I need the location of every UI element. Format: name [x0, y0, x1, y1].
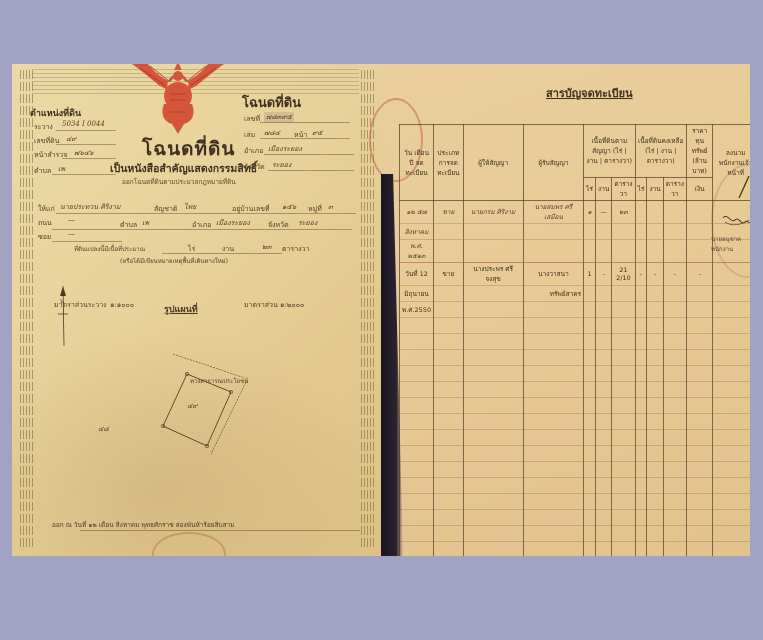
registration-table: วัน เดือน ปี จดทะเบียน ประเภทการจดทะเบีย… [399, 124, 750, 556]
location-field-value: 5034 I 0044 [62, 120, 105, 128]
location-field-label: เลขที่ดิน [34, 136, 59, 147]
province-value: ระยอง [298, 218, 317, 229]
deed-issue-footer: ออก ณ วันที่ ๑๒ เดือน สิงหาคม พุทธศักราช… [52, 520, 235, 530]
sub-column-header: เงิน [686, 178, 712, 201]
sub-column-header: ไร่ [584, 178, 596, 201]
column-header: ผู้รับสัญญา [523, 125, 583, 201]
column-header: ราคาทุนทรัพย์ (ล้านบาท) [686, 125, 712, 178]
area-wa-value: ๒๓ [262, 242, 271, 253]
column-header: ประเภทการจดทะเบียน [434, 125, 463, 201]
scale-left-value: ๑:๑๐๐๐ [110, 300, 134, 311]
table-row: สิงหาคม [400, 224, 751, 240]
column-header: เนื้อที่ดินตามสัญญา (ไร่ | งาน | ตารางวา… [584, 125, 635, 178]
road-value: — [68, 216, 75, 224]
pen-signature-icon [737, 176, 750, 200]
sub-column-header: ตารางวา [612, 178, 635, 201]
table-row: มิถุนายน ทรัพย์สาคร [400, 286, 751, 302]
location-field-label: หน้าสำรวจ [34, 150, 67, 161]
scale-right-label: มาตราส่วน [244, 300, 278, 311]
north-label: น [60, 296, 64, 306]
page-label: หน้า [294, 130, 307, 141]
wa-label: ตารางวา [282, 244, 309, 255]
deed-field-label: จังหวัด [244, 162, 265, 173]
deed-subtitle: เป็นหนังสือสำคัญแสดงกรรมสิทธิ์ [110, 160, 257, 177]
sub-column-header: งาน [647, 178, 663, 201]
table-row: วันที่ 12 ขาย นางประพร ศรีจงสุข นางวาสนา… [400, 263, 751, 286]
area-label: ที่ดินแปลงนี้มีเนื้อที่ประมาณ [74, 244, 145, 254]
soi-value: — [68, 230, 75, 238]
deed-title-right: โฉนดที่ดิน [242, 92, 301, 113]
location-field-label: ระวาง [34, 122, 53, 133]
signature-caption: นายอนุชาตพนักงาน [711, 234, 750, 254]
moo-value: ๓ [328, 202, 333, 213]
garuda-emblem-icon [130, 64, 226, 134]
document-photo: โฉนดที่ดิน ตำแหน่งที่ดิน ระวาง 5034 I 00… [12, 64, 750, 556]
amphoe-value: เมืองระยอง [216, 218, 250, 229]
soi-label: ซอย [38, 232, 51, 243]
table-row: ๑๒ ๕๗ ขาย นายกรม ศิริงาม นายสมพร ศรีเสมื… [400, 201, 751, 224]
owner-label: ให้แก่ [38, 204, 55, 215]
deed-field-label: อำเภอ [244, 146, 263, 157]
deed-field-label: เล่ม [244, 130, 255, 141]
register-title: สารบัญจดทะเบียน [546, 84, 633, 102]
column-header: วัน เดือน ปี จดทะเบียน [400, 125, 434, 201]
deed-border-left [20, 70, 34, 548]
location-field-label: ตำบล [34, 166, 51, 177]
parcel-number: ๔๙ [187, 401, 197, 412]
column-header: เนื้อที่ดินคงเหลือ (ไร่ | งาน | ตารางวา) [635, 125, 686, 178]
column-header: ผู้ให้สัญญา [463, 125, 523, 201]
sub-column-header: งาน [596, 178, 612, 201]
registration-record: สารบัญจดทะเบียน วัน เดือน ปี จดทะเบียน ป… [381, 64, 750, 556]
tambon-value: เพ [142, 218, 149, 229]
official-signature-icon [721, 210, 750, 232]
adjacent-parcel-number: ๔๘ [98, 424, 109, 435]
sub-column-header: ไร่ [635, 178, 647, 201]
road-label: ถนน [38, 218, 52, 229]
deed-field-label: เลขที่ [244, 114, 260, 125]
north-arrow-icon [58, 286, 68, 346]
land-plot-map [147, 354, 257, 454]
road-label-top: ทางสาธารณประโยชน์ [190, 376, 248, 386]
map-title: รูปแผนที่ [164, 302, 198, 316]
title-deed: โฉนดที่ดิน ตำแหน่งที่ดิน ระวาง 5034 I 00… [12, 64, 381, 556]
sub-column-header: ตารางวา [663, 178, 686, 201]
scale-right-value: ๑:๒๐๐๐ [280, 300, 304, 311]
table-row: พ.ศ.2550 [400, 302, 751, 318]
deed-legal-note: ออกโฉนดที่ดินตามประมวลกฎหมายที่ดิน [122, 177, 236, 187]
table-row: พ.ศ. ๒๕๑๓ [400, 240, 751, 263]
owner-name: นายประทวน ศิริงาม [60, 202, 121, 213]
location-heading: ตำแหน่งที่ดิน [30, 106, 81, 120]
house-no-value: ๑๕๖ [282, 202, 296, 213]
area-note: (หรือได้มีเขียนหมายเหตุพื้นที่เดินทางใหม… [120, 256, 228, 266]
nationality-value: ไทย [184, 202, 196, 213]
